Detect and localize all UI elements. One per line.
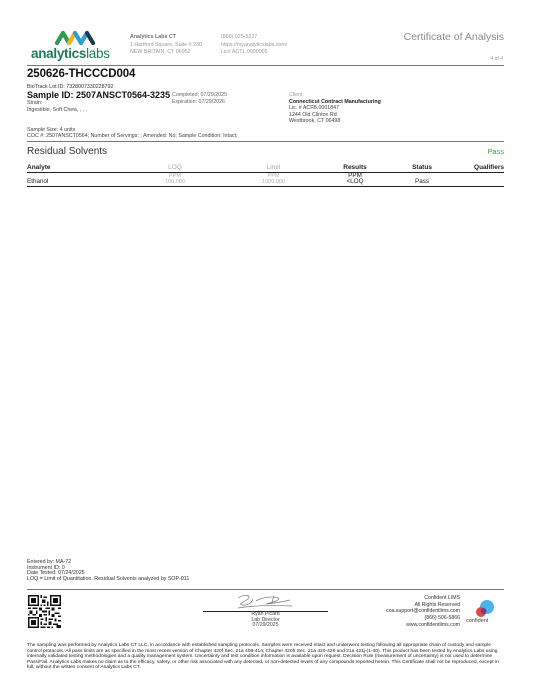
strain-info: Strain: Ingestible, Soft Chew, , , ,	[27, 100, 87, 113]
client-label: Client	[289, 92, 381, 99]
lab-license: Lic# ACTL.0000005	[221, 49, 287, 57]
confident-wordmark: confident	[466, 618, 488, 624]
analyte-loq: 100.000	[123, 179, 227, 187]
client-address-1: 1244 Old Clinton Rd	[289, 112, 381, 119]
logo-wordmark: analyticslabs	[31, 46, 110, 61]
lab-info: Analytics Labs CT 1 Hartford Square, Sui…	[130, 34, 202, 57]
client-info: Client Connecticut Contract Manufacturin…	[289, 92, 381, 125]
table-row: Ethanol 100.000 1000.000 <LOQ Pass	[27, 179, 504, 187]
signer-info: Ryan Picard Lab Director 07/29/2025	[203, 612, 328, 629]
batch-id: 250626-THCCCD004	[27, 68, 135, 80]
lims-email-link[interactable]: coa.support@confidentlims.com	[360, 608, 460, 615]
qr-code-icon[interactable]	[28, 595, 61, 628]
lab-address-1: 1 Hartford Square, Suite # 230	[130, 42, 202, 50]
lims-rights: All Rights Reserved	[360, 602, 460, 609]
lab-name: Analytics Labs CT	[130, 34, 202, 42]
col-loq: LOQ	[123, 164, 227, 173]
disclaimer-text: The sampling was performed by Analytics …	[27, 643, 504, 671]
footer-divider	[27, 589, 504, 590]
lims-website-link[interactable]: www.confidentlims.com	[360, 622, 460, 629]
client-license: Lic. # ACFB.0001847	[289, 105, 381, 112]
strain-label: Strain:	[27, 100, 87, 107]
sample-size-info: Sample Size: 4 units COC #: 2507ANSCT056…	[27, 127, 238, 139]
residual-solvents-table: Analyte LOQ Limit Results Status Qualifi…	[27, 164, 504, 187]
page-number: 4 of 4	[490, 56, 503, 62]
lims-name: Confident LIMS	[360, 595, 460, 602]
analyte-name: Ethanol	[27, 179, 123, 187]
section-status-badge: Pass	[487, 147, 504, 156]
col-analyte: Analyte	[27, 164, 123, 173]
expiration-date: Expiration: 07/29/2026	[172, 99, 227, 106]
analyte-limit: 1000.000	[227, 179, 320, 187]
signer-date: 07/29/2025	[203, 623, 328, 629]
sample-id: Sample ID: 2507ANSCT0564-3235	[27, 90, 170, 100]
signature-icon	[230, 592, 300, 612]
header-divider	[27, 65, 504, 66]
test-notes: Entered by: MA-72 Instrument ID: 0 Date …	[27, 560, 189, 582]
sample-dates: Completed: 07/29/2025 Expiration: 07/29/…	[172, 92, 227, 105]
lab-address-2: NEW BRITAIN, CT 06052	[130, 49, 202, 57]
client-name: Connecticut Contract Manufacturing	[289, 99, 381, 106]
lims-info: Confident LIMS All Rights Reserved coa.s…	[360, 595, 460, 629]
table-header-row: Analyte LOQ Limit Results Status Qualifi…	[27, 164, 504, 173]
analyte-result: <LOQ	[320, 179, 390, 187]
logo-word-bold: analytics	[31, 46, 86, 61]
col-qualifiers: Qualifiers	[454, 164, 504, 173]
sample-divider	[27, 141, 504, 142]
col-status: Status	[390, 164, 454, 173]
col-limit: Limit	[227, 164, 320, 173]
section-title-residual-solvents: Residual Solvents	[27, 146, 107, 157]
confident-logo-icon	[470, 598, 500, 620]
loq-note: LOQ = Limit of Quantitation. Residual So…	[27, 577, 189, 583]
completed-date: Completed: 07/29/2025	[172, 92, 227, 99]
lab-phone: (860) 925-5227	[221, 34, 287, 42]
lab-contact: (860) 925-5227 https://myanalyticslabs.c…	[221, 34, 287, 57]
coc-details: COC #: 2507ANSCT0564; Number of Servings…	[27, 133, 238, 139]
analyte-status: Pass	[390, 179, 454, 187]
logo-word-light: labs	[86, 46, 110, 61]
document-title: Certificate of Analysis	[404, 31, 504, 43]
lab-website-link[interactable]: https://myanalyticslabs.com/	[221, 42, 287, 50]
product-category: Ingestible, Soft Chew, , , ,	[27, 107, 87, 114]
lims-phone: (866) 506-5866	[360, 615, 460, 622]
analyte-qualifiers	[454, 179, 504, 187]
client-address-2: Westbrook, CT 06498	[289, 118, 381, 125]
